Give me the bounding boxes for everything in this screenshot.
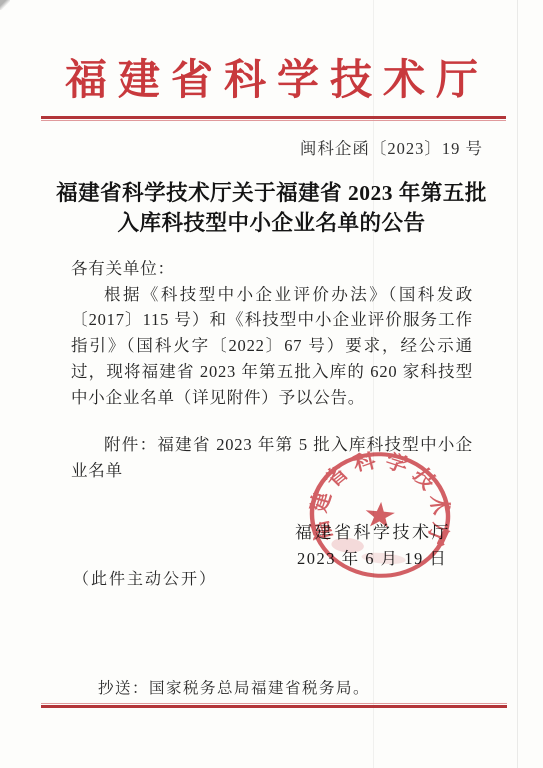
masthead-rule: [41, 116, 506, 121]
document-title-line2: 入库科技型中小企业名单的公告: [0, 209, 543, 239]
salutation: 各有关单位：: [71, 256, 473, 282]
signature-agency: 福建省科学技术厅: [295, 518, 451, 543]
cc-line: 抄送：国家税务总局福建省税务局。: [98, 676, 370, 698]
document-title: 福建省科学技术厅关于福建省 2023 年第五批 入库科技型中小企业名单的公告: [0, 179, 543, 238]
footer-rule: [41, 703, 507, 708]
attachment-line: 附件：福建省 2023 年第 5 批入库科技型中小企业名单: [71, 432, 473, 483]
document-body: 各有关单位： 根据《科技型中小企业评价办法》（国科发政〔2017〕115 号）和…: [71, 256, 473, 484]
document-title-line1: 福建省科学技术厅关于福建省 2023 年第五批: [0, 179, 543, 209]
document-page: 福建省科学技术厅 闽科企函〔2023〕19 号 福建省科学技术厅关于福建省 20…: [0, 0, 543, 768]
agency-masthead: 福建省科学技术厅: [0, 56, 543, 106]
masthead-rule-thin: [41, 120, 506, 121]
document-number: 闽科企函〔2023〕19 号: [300, 135, 483, 159]
scan-edge-line: [517, 0, 518, 768]
disclosure-note: （此件主动公开）: [73, 566, 217, 589]
body-paragraph: 根据《科技型中小企业评价办法》（国科发政〔2017〕115 号）和《科技型中小企…: [71, 282, 473, 411]
footer-rule-thick: [41, 705, 507, 708]
scan-corner-artifact: [0, 0, 10, 10]
signature-date: 2023 年 6 月 19 日: [297, 545, 447, 569]
